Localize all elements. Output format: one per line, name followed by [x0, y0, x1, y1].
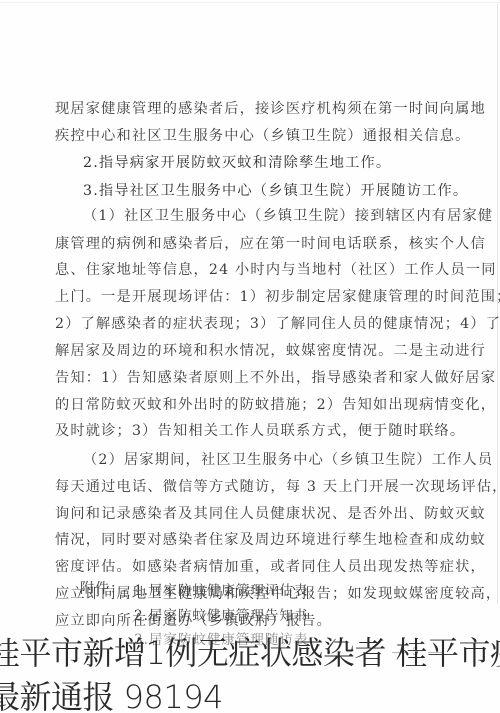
- subsection-1-line: （1）社区卫生服务中心（乡镇卫生院）接到辖区内有居家健: [83, 206, 493, 226]
- list-item-3: 3.指导社区卫生服务中心（乡镇卫生院）开展随访工作。: [83, 181, 468, 201]
- headline-line-1: 桂平市新增1例无症状感染者 桂平市疫情防控: [0, 631, 500, 675]
- paragraph-line: 解居家及周边的环境和积水情况，蚊媒密度情况。二是主动进行: [55, 341, 486, 361]
- subsection-2-line: （2）居家期间，社区卫生服务中心（乡镇卫生院）工作人员: [83, 450, 493, 470]
- paragraph-line: 及时就诊；3）告知相关工作人员联系方式，便于随时联络。: [55, 421, 465, 441]
- document-page: 现居家健康管理的感染者后，接诊医疗机构须在第一时间向属地 疾控中心和社区卫生服务…: [0, 0, 500, 713]
- paragraph-line: 告知：1）告知感染者原则上不外出，指导感染者和家人做好居家: [55, 368, 496, 388]
- page-top-border: [0, 2, 500, 3]
- paragraph-line: 疾控中心和社区卫生服务中心（乡镇卫生院）通报相关信息。: [55, 126, 470, 146]
- paragraph-line: 息、住家地址等信息，24 小时内与当地村（社区）工作人员一同: [55, 260, 497, 280]
- overlay-headline: 桂平市新增1例无症状感染者 桂平市疫情防控 最新通报 98194: [0, 631, 500, 713]
- paragraph-line: 2）了解感染者的症状表现；3）了解同住人员的健康情况；4）了: [55, 314, 500, 334]
- paragraph-line: 康管理的病例和感染者后，应在第一时间电话联系，核实个人信: [55, 234, 486, 254]
- attachment-item: 2.居家防蚊健康管理告知书: [134, 604, 308, 624]
- headline-line-2: 最新通报 98194: [0, 675, 500, 713]
- paragraph-line: 密度评估。如感染者病情加重，或者同住人员出现发热等症状，: [55, 557, 486, 577]
- list-item-2: 2.指导病家开展防蚊灭蚊和清除孳生地工作。: [83, 153, 391, 173]
- paragraph-line: 每天通过电话、微信等方式随访，每 3 天上门开展一次现场评估，: [55, 477, 500, 497]
- paragraph-line: 上门。一是开展现场评估：1）初步制定居家健康管理的时间范围；: [55, 287, 500, 307]
- paragraph-line: 情况，同时要对感染者住家及周边环境进行孳生地检查和成幼蚊: [55, 530, 486, 550]
- paragraph-line: 询问和记录感染者及其同住人员健康状况、是否外出、防蚊灭蚊: [55, 504, 486, 524]
- attachment-item: 1.居家防蚊健康管理评估表: [134, 579, 308, 599]
- paragraph-line: 的日常防蚊灭蚊和外出时的防蚊措施；2）告知如出现病情变化，: [55, 395, 496, 415]
- attachments-label: 附件：: [80, 578, 125, 598]
- paragraph-line: 现居家健康管理的感染者后，接诊医疗机构须在第一时间向属地: [55, 99, 486, 119]
